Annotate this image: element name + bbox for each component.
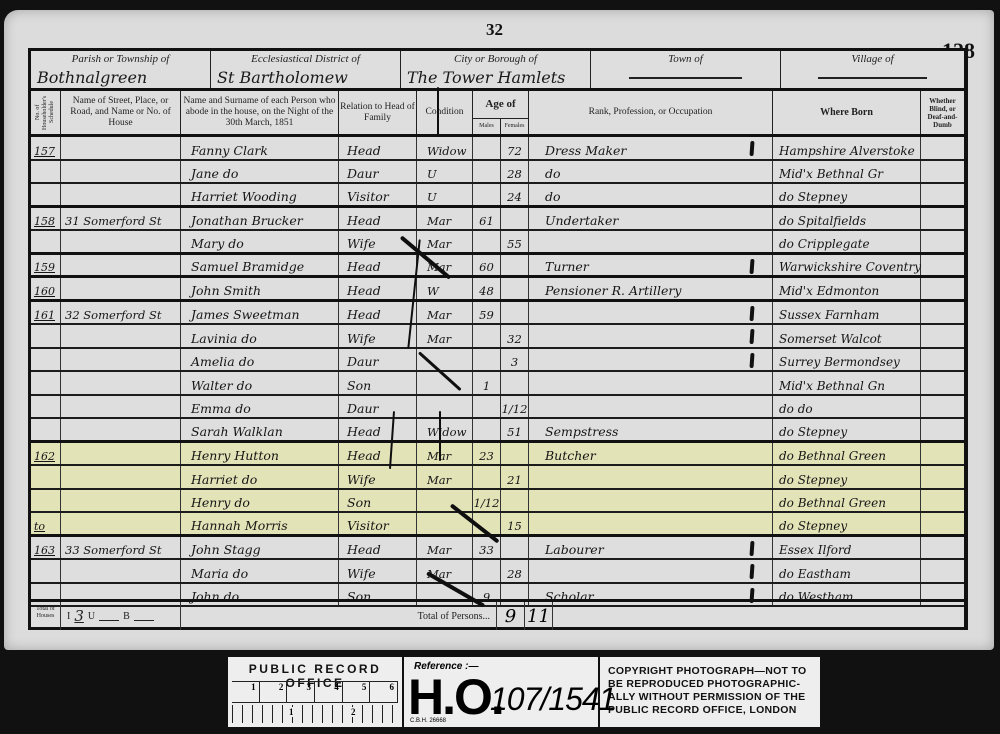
person-name: James Sweetman xyxy=(181,302,339,324)
blind-deaf xyxy=(921,302,964,324)
relation: Head xyxy=(339,419,417,440)
birthplace: do Stepney xyxy=(773,419,921,440)
occupation: Turner xyxy=(529,255,773,276)
birthplace: do do xyxy=(773,396,921,418)
ecclesiastical-label: Ecclesiastical District of xyxy=(211,53,400,65)
building-label: B xyxy=(123,611,130,622)
table-row: Lavinia doWifeMar32Somerset Walcot xyxy=(31,325,964,349)
birthplace: Surrey Bermondsey xyxy=(773,349,921,371)
relation: Head xyxy=(339,137,417,159)
birthplace: Hampshire Alverstoke xyxy=(773,137,921,159)
reference-block: Reference :— H.O. 107/1541 C.B.H. 26668 xyxy=(404,657,600,727)
person-name: Mary do xyxy=(181,231,339,252)
blind-deaf xyxy=(921,231,964,252)
age-male xyxy=(473,137,501,159)
col-age: Age of Males Females xyxy=(473,91,529,134)
person-name: Harriet Wooding xyxy=(181,184,339,205)
schedule-number xyxy=(31,560,61,582)
blind-deaf xyxy=(921,443,964,465)
village-label: Village of xyxy=(781,53,964,65)
schedule-number: 158 xyxy=(31,208,61,230)
total-houses-label: Total of Houses xyxy=(31,602,61,630)
schedule-number: 162 xyxy=(31,443,61,465)
relation: Son xyxy=(339,490,417,512)
tally-mark-icon xyxy=(749,329,754,344)
parish-cell: Parish or Township of Bothnalgreen xyxy=(31,51,211,88)
age-male xyxy=(473,349,501,371)
occupation xyxy=(529,560,773,582)
street-address xyxy=(61,466,181,488)
relation: Head xyxy=(339,443,417,465)
street-address: 33 Somerford St xyxy=(61,537,181,559)
age-female: 21 xyxy=(501,466,529,488)
condition: Mar xyxy=(417,537,473,559)
condition: Mar xyxy=(417,302,473,324)
age-subheaders: Males Females xyxy=(473,118,528,134)
col-females: Females xyxy=(501,119,528,134)
blind-deaf xyxy=(921,161,964,183)
village-cell: Village of xyxy=(781,51,964,88)
street-address xyxy=(61,278,181,299)
table-row: Jane doDaurU28doMid'x Bethnal Gr xyxy=(31,161,964,185)
schedule-number: 159 xyxy=(31,255,61,276)
street-address: 32 Somerford St xyxy=(61,302,181,324)
district-header: Parish or Township of Bothnalgreen Eccle… xyxy=(31,51,964,91)
blind-deaf xyxy=(921,419,964,440)
reference-number: 107/1541 xyxy=(490,681,615,717)
condition: Widow xyxy=(417,137,473,159)
table-row: toHannah MorrisVisitor15do Stepney xyxy=(31,513,964,537)
street-address xyxy=(61,231,181,252)
age-female: 55 xyxy=(501,231,529,252)
relation: Head xyxy=(339,208,417,230)
relation: Wife xyxy=(339,466,417,488)
age-male: 48 xyxy=(473,278,501,299)
blind-deaf xyxy=(921,396,964,418)
condition: Mar xyxy=(417,466,473,488)
age-male: 60 xyxy=(473,255,501,276)
occupation xyxy=(529,396,773,418)
birthplace: do Cripplegate xyxy=(773,231,921,252)
census-form: Parish or Township of Bothnalgreen Eccle… xyxy=(28,48,968,630)
relation: Daur xyxy=(339,396,417,418)
street-address xyxy=(61,560,181,582)
schedule-number: 157 xyxy=(31,137,61,159)
age-female xyxy=(501,278,529,299)
birthplace: Sussex Farnham xyxy=(773,302,921,324)
condition: Mar xyxy=(417,231,473,252)
age-male xyxy=(473,419,501,440)
ruler-ticks xyxy=(232,705,398,723)
birthplace: do Bethnal Green xyxy=(773,443,921,465)
age-female: 51 xyxy=(501,419,529,440)
street-address xyxy=(61,349,181,371)
parish-value: Bothnalgreen xyxy=(37,68,147,87)
condition: Mar xyxy=(417,443,473,465)
street-address xyxy=(61,161,181,183)
occupation xyxy=(529,349,773,371)
blind-deaf xyxy=(921,490,964,512)
schedule-number xyxy=(31,184,61,205)
blind-deaf xyxy=(921,208,964,230)
street-address xyxy=(61,255,181,276)
relation: Head xyxy=(339,537,417,559)
condition xyxy=(417,490,473,512)
scan-frame: 32 128 Parish or Township of Bothnalgree… xyxy=(0,0,1000,734)
age-female: 28 xyxy=(501,560,529,582)
total-males: 9 xyxy=(497,602,525,630)
borough-cell: City or Borough of The Tower Hamlets xyxy=(401,51,591,88)
table-row: 160John SmithHeadW48Pensioner R. Artille… xyxy=(31,278,964,302)
table-row: Sarah WalklanHeadWidow51Sempstressdo Ste… xyxy=(31,419,964,443)
person-name: John Stagg xyxy=(181,537,339,559)
col-relation: Relation to Head of Family xyxy=(339,91,417,134)
tally-mark-icon xyxy=(749,564,754,579)
age-female xyxy=(501,208,529,230)
schedule-number xyxy=(31,325,61,347)
street-address xyxy=(61,513,181,534)
tally-mark-icon xyxy=(749,540,754,555)
person-name: Fanny Clark xyxy=(181,137,339,159)
tally-mark-icon xyxy=(749,258,754,273)
street-address xyxy=(61,443,181,465)
relation: Head xyxy=(339,302,417,324)
tally-mark-icon xyxy=(749,305,754,320)
col-born: Where Born xyxy=(773,91,921,134)
total-females: 11 xyxy=(525,602,553,630)
tally-mark-icon xyxy=(749,141,754,156)
table-row: Henry doSon1/12do Bethnal Green xyxy=(31,490,964,514)
blind-deaf xyxy=(921,560,964,582)
ecclesiastical-cell: Ecclesiastical District of St Bartholome… xyxy=(211,51,401,88)
table-row: 159Samuel BramidgeHeadMar60TurnerWarwick… xyxy=(31,255,964,279)
age-male: 1/12 xyxy=(473,490,501,512)
blind-deaf xyxy=(921,137,964,159)
occupation: Undertaker xyxy=(529,208,773,230)
street-address xyxy=(61,490,181,512)
condition: Mar xyxy=(417,560,473,582)
blind-deaf xyxy=(921,278,964,299)
street-address xyxy=(61,184,181,205)
table-row: 16132 Somerford StJames SweetmanHeadMar5… xyxy=(31,302,964,326)
person-name: Hannah Morris xyxy=(181,513,339,534)
condition xyxy=(417,396,473,418)
birthplace: do Stepney xyxy=(773,184,921,205)
total-persons-label: Total of Persons... xyxy=(181,602,497,630)
town-label: Town of xyxy=(591,53,780,65)
birthplace: Warwickshire Coventry xyxy=(773,255,921,276)
occupation xyxy=(529,513,773,534)
relation: Daur xyxy=(339,161,417,183)
blind-deaf xyxy=(921,184,964,205)
relation: Visitor xyxy=(339,184,417,205)
occupation: do xyxy=(529,184,773,205)
uninhabited-label: U xyxy=(88,611,95,622)
relation: Son xyxy=(339,372,417,394)
age-male xyxy=(473,231,501,252)
blind-deaf xyxy=(921,537,964,559)
relation: Head xyxy=(339,278,417,299)
age-female xyxy=(501,255,529,276)
person-name: Walter do xyxy=(181,372,339,394)
blind-deaf xyxy=(921,255,964,276)
table-row: Amelia doDaur3Surrey Bermondsey xyxy=(31,349,964,373)
condition: U xyxy=(417,161,473,183)
occupation xyxy=(529,325,773,347)
condition: Widow xyxy=(417,419,473,440)
reference-code: H.O. xyxy=(408,669,503,725)
person-name: Harriet do xyxy=(181,466,339,488)
schedule-number xyxy=(31,161,61,183)
person-name: Henry do xyxy=(181,490,339,512)
age-female: 28 xyxy=(501,161,529,183)
street-address xyxy=(61,372,181,394)
age-female xyxy=(501,490,529,512)
table-row: Mary doWifeMar55do Cripplegate xyxy=(31,231,964,255)
age-female: 72 xyxy=(501,137,529,159)
parish-label: Parish or Township of xyxy=(31,53,210,65)
birthplace: do Stepney xyxy=(773,466,921,488)
inhabited-label: I xyxy=(67,611,70,622)
col-blind: Whether Blind, or Deaf-and-Dumb xyxy=(921,91,964,134)
occupation xyxy=(529,466,773,488)
street-address xyxy=(61,419,181,440)
occupation: do xyxy=(529,161,773,183)
condition: W xyxy=(417,278,473,299)
village-blank-line xyxy=(818,77,928,79)
age-male xyxy=(473,184,501,205)
schedule-number: 160 xyxy=(31,278,61,299)
uninhabited-blank xyxy=(99,611,119,621)
schedule-number xyxy=(31,490,61,512)
schedule-number xyxy=(31,419,61,440)
schedule-number: to xyxy=(31,513,61,534)
schedule-number: 161 xyxy=(31,302,61,324)
occupation xyxy=(529,231,773,252)
person-name: Samuel Bramidge xyxy=(181,255,339,276)
col-name: Name and Surname of each Person who abod… xyxy=(181,91,339,134)
age-female: 32 xyxy=(501,325,529,347)
col-condition: Condition xyxy=(417,91,473,134)
age-male xyxy=(473,560,501,582)
age-female: 15 xyxy=(501,513,529,534)
birthplace: Mid'x Edmonton xyxy=(773,278,921,299)
occupation xyxy=(529,372,773,394)
blind-deaf xyxy=(921,349,964,371)
condition: Mar xyxy=(417,208,473,230)
scale-ruler: PUBLIC RECORD OFFICE 1 2 3 4 5 6 1 2 xyxy=(228,657,404,727)
table-row: 157Fanny ClarkHeadWidow72Dress MakerHamp… xyxy=(31,137,964,161)
public-record-office-label: PUBLIC RECORD OFFICE 1 2 3 4 5 6 1 2 Ref… xyxy=(226,655,822,729)
occupation: Labourer xyxy=(529,537,773,559)
relation: Daur xyxy=(339,349,417,371)
copyright-notice: COPYRIGHT PHOTOGRAPH—NOT TO BE REPRODUCE… xyxy=(600,657,820,727)
occupation: Butcher xyxy=(529,443,773,465)
schedule-number xyxy=(31,396,61,418)
age-male: 59 xyxy=(473,302,501,324)
totals-row: Total of Houses I 3 U B Total of Persons… xyxy=(31,599,964,630)
birthplace: Mid'x Bethnal Gr xyxy=(773,161,921,183)
ecclesiastical-value: St Bartholomew xyxy=(217,68,348,87)
col-street: Name of Street, Place, or Road, and Name… xyxy=(61,91,181,134)
census-page: 32 128 Parish or Township of Bothnalgree… xyxy=(4,10,994,650)
age-female xyxy=(501,537,529,559)
person-name: Maria do xyxy=(181,560,339,582)
person-name: John Smith xyxy=(181,278,339,299)
birthplace: Somerset Walcot xyxy=(773,325,921,347)
col-schedule: No. of Householder's Schedule xyxy=(31,91,61,134)
table-row: Maria doWifeMar28do Eastham xyxy=(31,560,964,584)
schedule-number xyxy=(31,372,61,394)
birthplace: do Eastham xyxy=(773,560,921,582)
col-males: Males xyxy=(473,119,501,134)
age-male xyxy=(473,161,501,183)
table-row: 15831 Somerford StJonathan BruckerHeadMa… xyxy=(31,208,964,232)
street-address: 31 Somerford St xyxy=(61,208,181,230)
age-male xyxy=(473,325,501,347)
total-houses-values: I 3 U B xyxy=(61,602,181,630)
birthplace: do Stepney xyxy=(773,513,921,534)
blind-deaf xyxy=(921,372,964,394)
person-name: Henry Hutton xyxy=(181,443,339,465)
building-blank xyxy=(134,611,154,621)
street-address xyxy=(61,396,181,418)
table-row: Emma doDaur1/12do do xyxy=(31,396,964,420)
occupation: Sempstress xyxy=(529,419,773,440)
schedule-number xyxy=(31,349,61,371)
age-title: Age of xyxy=(485,99,515,110)
age-female xyxy=(501,443,529,465)
person-name: Sarah Walklan xyxy=(181,419,339,440)
schedule-number xyxy=(31,466,61,488)
age-female: 1/12 xyxy=(501,396,529,418)
relation: Visitor xyxy=(339,513,417,534)
relation: Wife xyxy=(339,560,417,582)
column-headers: No. of Householder's Schedule Name of St… xyxy=(31,91,964,137)
table-row: 162Henry HuttonHeadMar23Butcherdo Bethna… xyxy=(31,443,964,467)
occupation: Pensioner R. Artillery xyxy=(529,278,773,299)
check-stroke xyxy=(437,87,439,135)
street-address xyxy=(61,325,181,347)
table-row: Harriet doWifeMar21do Stepney xyxy=(31,466,964,490)
totals-blank xyxy=(553,602,964,630)
age-male xyxy=(473,396,501,418)
age-female xyxy=(501,372,529,394)
occupation: Dress Maker xyxy=(529,137,773,159)
person-name: Jane do xyxy=(181,161,339,183)
inhabited-value: 3 xyxy=(74,607,84,625)
ruler-inch-2: 2 xyxy=(350,707,357,717)
age-male xyxy=(473,466,501,488)
age-male: 23 xyxy=(473,443,501,465)
birthplace: do Spitalfields xyxy=(773,208,921,230)
census-rows: 157Fanny ClarkHeadWidow72Dress MakerHamp… xyxy=(31,137,964,607)
blind-deaf xyxy=(921,513,964,534)
condition: U xyxy=(417,184,473,205)
street-address xyxy=(61,137,181,159)
check-stroke xyxy=(439,411,441,461)
ruler-cm-numbers: 1 2 3 4 5 6 xyxy=(232,681,398,703)
age-female: 3 xyxy=(501,349,529,371)
relation: Head xyxy=(339,255,417,276)
age-male: 1 xyxy=(473,372,501,394)
schedule-number: 163 xyxy=(31,537,61,559)
town-cell: Town of xyxy=(591,51,781,88)
table-row: Harriet WoodingVisitorU24dodo Stepney xyxy=(31,184,964,208)
person-name: Emma do xyxy=(181,396,339,418)
table-row: Walter doSon1Mid'x Bethnal Gn xyxy=(31,372,964,396)
birthplace: Essex Ilford xyxy=(773,537,921,559)
birthplace: do Bethnal Green xyxy=(773,490,921,512)
town-blank-line xyxy=(629,77,742,79)
page-number: 32 xyxy=(486,20,503,40)
age-female xyxy=(501,302,529,324)
schedule-number xyxy=(31,231,61,252)
col-occupation: Rank, Profession, or Occupation xyxy=(529,91,773,134)
borough-value: The Tower Hamlets xyxy=(407,68,565,87)
occupation xyxy=(529,490,773,512)
ruler-inch-1: 1 xyxy=(288,707,295,717)
condition: Mar xyxy=(417,325,473,347)
birthplace: Mid'x Bethnal Gn xyxy=(773,372,921,394)
blind-deaf xyxy=(921,466,964,488)
borough-label: City or Borough of xyxy=(401,53,590,65)
cbh-code: C.B.H. 26668 xyxy=(410,718,446,724)
person-name: Lavinia do xyxy=(181,325,339,347)
relation: Wife xyxy=(339,325,417,347)
blind-deaf xyxy=(921,325,964,347)
tally-mark-icon xyxy=(749,352,754,367)
age-female: 24 xyxy=(501,184,529,205)
age-male: 61 xyxy=(473,208,501,230)
person-name: Jonathan Brucker xyxy=(181,208,339,230)
occupation xyxy=(529,302,773,324)
person-name: Amelia do xyxy=(181,349,339,371)
